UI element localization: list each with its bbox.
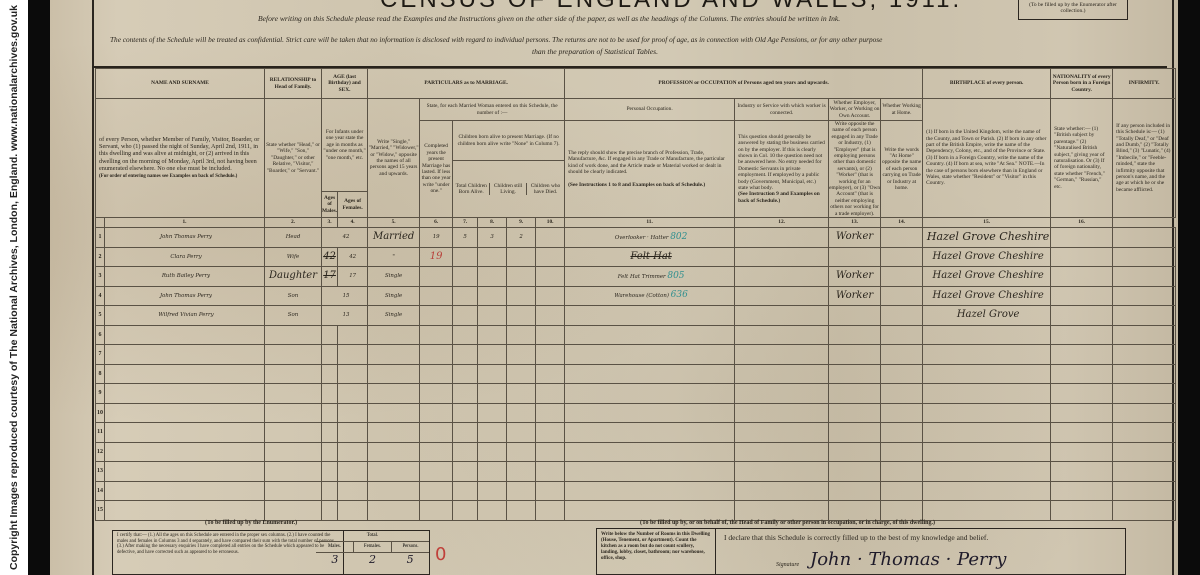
header-name: NAME AND SURNAME [96,69,265,99]
row-number: 2 [96,247,105,267]
census-table: NAME AND SURNAME RELATIONSHIP to Head of… [95,68,1176,521]
declaration-text: I declare that this Schedule is correctl… [724,533,988,542]
row-number: 15 [96,501,105,521]
header-employer: Whether Employer, Worker, or Working on … [829,99,881,121]
row-number: 7 [96,345,105,365]
col-num: 4. [338,218,368,228]
males-total: 3 [316,553,354,566]
age-infants-instructions: For Infants under one year state the age… [322,99,368,192]
age-male-cell: 42 [322,247,338,267]
rooms-box: Write below the Number of Rooms in this … [596,528,716,575]
died-cell: 2 [507,228,536,248]
row-number: 9 [96,384,105,404]
table-row: 3 Ruth Bailey Perry Daughter 17 17 Singl… [96,267,1176,287]
col-num: 15. [923,218,1051,228]
name-cell: John Thomas Perry [105,286,265,306]
total-born-header: Total Children Born Alive. [453,183,490,196]
occupation-code: 802 [670,232,687,242]
instruction-line-1: Before writing on this Schedule please r… [258,14,840,23]
header-at-home: Whether Working at Home. [881,99,923,121]
row-number: 10 [96,403,105,423]
totals-box: Total. Males. Females. Persons. 3 2 5 [316,530,430,575]
table-row: 2 Clara Perry Wife 42 42 " 19 Felt Hat H… [96,247,1176,267]
age-male-cell: 13 [322,306,368,326]
col-num: 14. [881,218,923,228]
still-living-header: Children still Living. [490,183,527,196]
persons-label: Persons. [392,542,429,552]
occupation-code: 636 [671,290,688,300]
col-num: 13. [829,218,881,228]
personal-occupation-instructions: The reply should show the precise branch… [565,121,735,218]
employer-instructions: Write opposite the name of each person e… [829,121,881,218]
age-male-cell: 17 [322,267,338,287]
row-number: 12 [96,442,105,462]
infirmity-cell [1113,228,1176,248]
completed-years-header: Completed years the present Marriage has… [420,121,453,218]
relationship-instructions: State whether "Head," or "Wife," "Son," … [265,99,322,218]
table-row: 11 [96,423,1176,443]
col-num: 5. [368,218,420,228]
declaration-box: I declare that this Schedule is correctl… [716,528,1126,575]
table-row: 4 John Thomas Perry Son 15 Single Wareho… [96,286,1176,306]
header-industry: Industry or Service with which worker is… [735,99,829,121]
enumerator-box: (To be filled up by the Enumerator after… [1018,0,1128,20]
females-label: Females. [354,542,392,552]
married-woman-instructions: State, for each Married Woman entered on… [420,99,565,121]
age-female-cell: 17 [338,267,368,287]
age-male-cell: 15 [322,286,368,306]
document-title: CENSUS OF ENGLAND AND WALES, 1911. [380,0,962,14]
employer-cell: Worker [829,267,881,287]
enumerator-note: (To be filled up by the Enumerator.) [205,520,297,526]
header-occupation: PROFESSION or OCCUPATION of Persons aged… [565,69,923,99]
ages-of-females-header: Ages of Females. [338,192,368,218]
table-row: 10 [96,403,1176,423]
birthplace-cell: Hazel Grove Cheshire [923,267,1051,287]
occupation-cell: Felt Hat Trimmer 805 [565,267,735,287]
marital-instructions: Write "Single," "Married," "Widower," or… [368,99,420,218]
infirmity-instructions: If any person included in this Schedule … [1113,99,1176,218]
table-row: 8 [96,364,1176,384]
copyright-text: Copyright Images reproduced courtesy of … [7,0,21,575]
header-relationship: RELATIONSHIP to Head of Family. [265,69,322,99]
row-number: 14 [96,481,105,501]
header-nationality: NATIONALITY of every Person born in a Fo… [1051,69,1113,99]
have-died-header: Children who have Died. [526,183,564,196]
row-number: 4 [96,286,105,306]
persons-total: 5 [391,553,429,566]
relationship-cell: Son [265,286,322,306]
nationality-instructions: State whether:— (1) "British subject by … [1051,99,1113,218]
col-num: 2. [265,218,322,228]
age-male-cell: 42 [322,228,368,248]
age-female-cell: 42 [338,247,368,267]
scan-border-left [28,0,50,575]
table-row: 12 [96,442,1176,462]
table-row: 14 [96,481,1176,501]
row-number: 5 [96,306,105,326]
signature-label: Signature [776,562,799,568]
col-num: 9. [507,218,536,228]
females-total: 2 [354,553,392,566]
col-num: 12. [735,218,829,228]
years-married-cell: 19 [420,228,453,248]
name-cell: Wilfred Vivian Perry [105,306,265,326]
at-home-instructions: Write the words "At Home" opposite the n… [881,121,923,218]
marital-cell: " [368,247,420,267]
at-home-cell [881,228,923,248]
children-born-header: Children born alive to present Marriage.… [453,121,565,161]
relationship-cell: Head [265,228,322,248]
total-label: Total. [316,531,429,542]
col-num: 11. [565,218,735,228]
industry-instructions: This question should generally be answer… [735,121,829,218]
column-number-row: 1. 2. 3. 4. 5. 6. 7. 8. 9. 10. 11. 12. 1… [96,218,1176,228]
birthplace-instructions: (1) If born in the United Kingdom, write… [923,99,1051,218]
marital-cell: Single [368,267,420,287]
header-birthplace: BIRTHPLACE of every person. [923,69,1051,99]
table-row: 9 [96,384,1176,404]
col-num: 8. [478,218,507,228]
marital-cell: Single [368,306,420,326]
header-marriage: PARTICULARS as to MARRIAGE. [368,69,565,99]
red-mark: 0 [435,544,446,565]
name-instructions: of every Person, whether Member of Famil… [96,99,265,218]
signature: John · Thomas · Perry [810,549,1006,570]
industry-cell [735,228,829,248]
col-num: 7. [453,218,478,228]
birthplace-cell: Hazel Grove [923,306,1051,326]
ages-of-males-header: Ages of Males. [322,192,338,218]
occupation-cell: Warehouse (Cotton) 636 [565,286,735,306]
birthplace-cell: Hazel Grove Cheshire [923,228,1051,248]
occupation-cell: Felt Hat [565,247,735,267]
row-number: 11 [96,423,105,443]
table-row: 6 [96,325,1176,345]
marital-cell: Married [368,228,420,248]
row-number: 3 [96,267,105,287]
head-of-family-note: (To be filled up by, or on behalf of, th… [640,520,935,526]
name-cell: Ruth Bailey Perry [105,267,265,287]
nationality-cell [1051,228,1113,248]
instruction-line-3: than the preparation of Statistical Tabl… [532,47,658,56]
males-label: Males. [316,542,354,552]
instruction-line-2: The contents of the Schedule will be tre… [110,35,882,44]
certification-box: I certify that:— (1.) All the ages on th… [112,530,344,575]
employer-cell: Worker [829,228,881,248]
name-cell: John Thomas Perry [105,228,265,248]
row-number: 1 [96,228,105,248]
row-number: 8 [96,364,105,384]
col-num: 16. [1051,218,1113,228]
relationship-cell: Daughter [265,267,322,287]
total-born-cell: 5 [453,228,478,248]
birthplace-cell: Hazel Grove Cheshire [923,247,1051,267]
col-num: 3. [322,218,338,228]
row-number: 6 [96,325,105,345]
name-cell: Clara Perry [105,247,265,267]
col-num: 10. [536,218,565,228]
occupation-cell: Overlooker · Hatter 802 [565,228,735,248]
years-married-cell: 19 [420,247,453,267]
birthplace-cell: Hazel Grove Cheshire [923,286,1051,306]
table-row: 7 [96,345,1176,365]
copyright-strip: Copyright Images reproduced courtesy of … [0,0,28,575]
scan-border-right [1178,0,1200,575]
occupation-code: 805 [667,271,684,281]
header-age: AGE (last Birthday) and SEX. [322,69,368,99]
col-num: 6. [420,218,453,228]
row-number: 13 [96,462,105,482]
marital-cell: Single [368,286,420,306]
relationship-cell: Son [265,306,322,326]
employer-cell: Worker [829,286,881,306]
header-infirmity: INFIRMITY. [1113,69,1176,99]
header-personal-occupation: Personal Occupation. [565,99,735,121]
table-row: 13 [96,462,1176,482]
table-row: 5 Wilfred Vivian Perry Son 13 Single Haz… [96,306,1176,326]
relationship-cell: Wife [265,247,322,267]
table-row: 15 [96,501,1176,521]
col-num: 1. [105,218,265,228]
table-row: 1 John Thomas Perry Head 42 Married 19 5… [96,228,1176,248]
still-living-cell: 3 [478,228,507,248]
